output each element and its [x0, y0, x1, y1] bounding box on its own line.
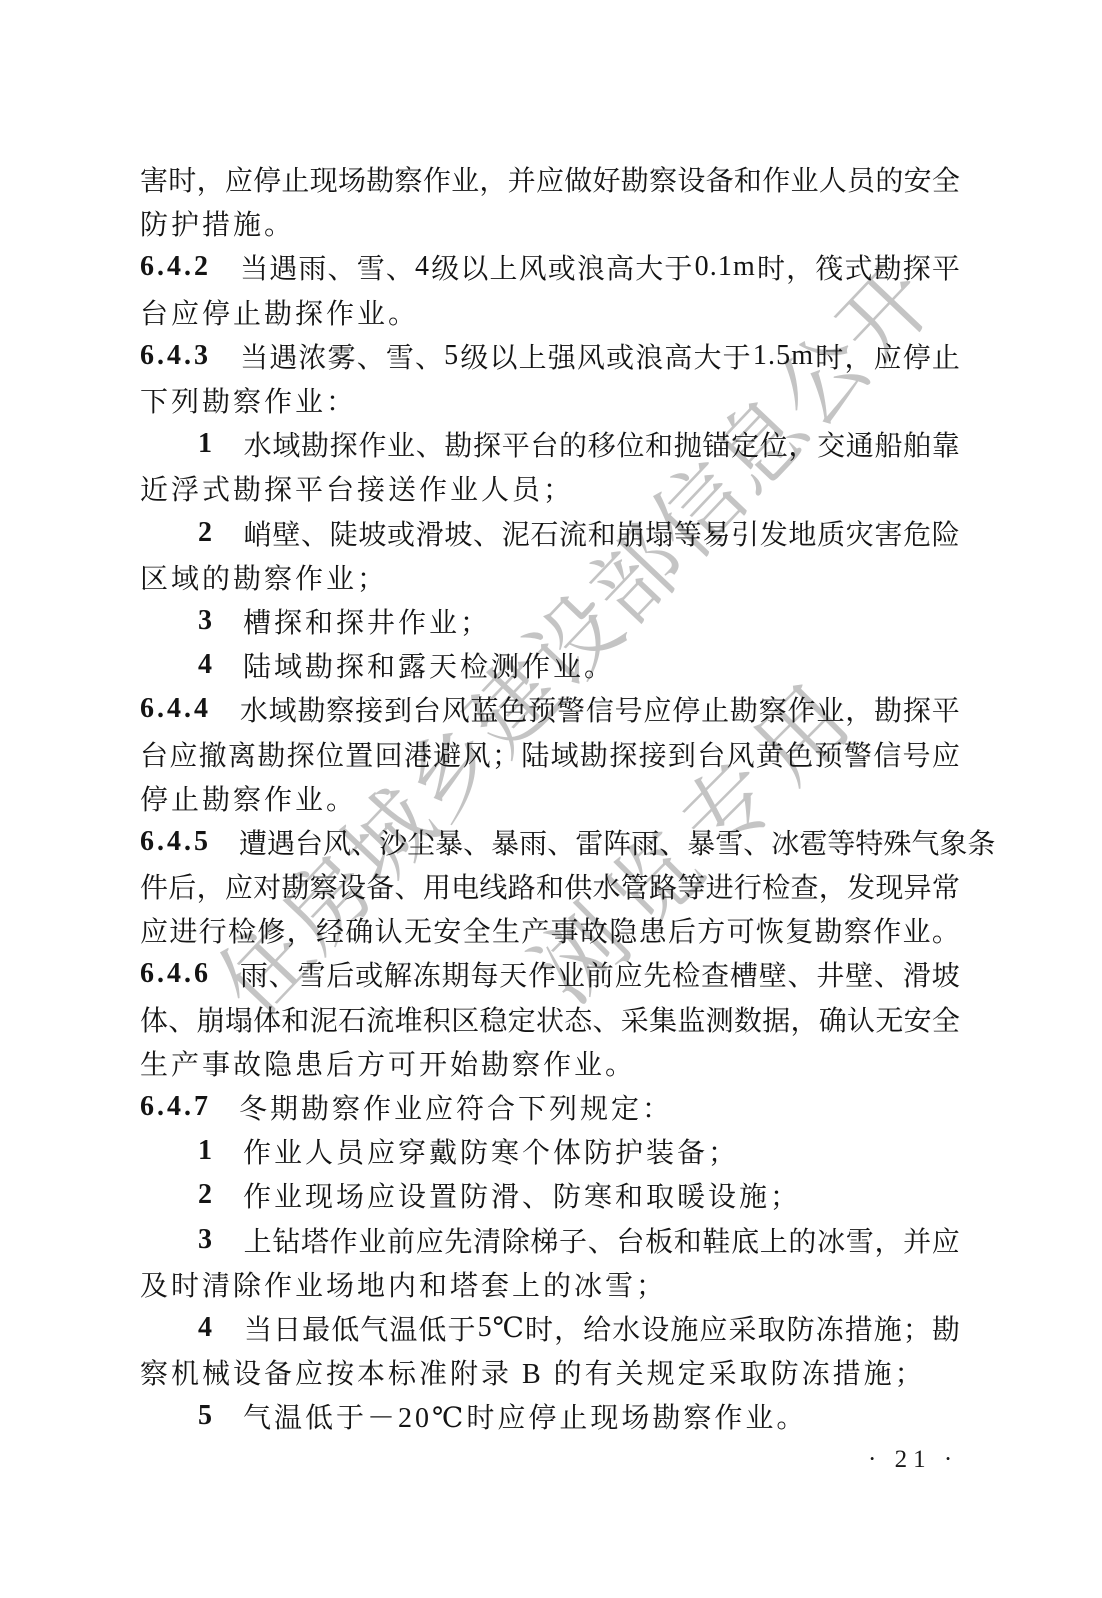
- text-line: 害时，应停止现场勘察作业，并应做好勘察设备和作业人员的安全: [140, 157, 960, 201]
- text-line: 生产事故隐患后方可开始勘察作业。: [140, 1041, 960, 1085]
- clause-number: 1: [198, 428, 215, 460]
- clause-number: 6.4.6: [140, 958, 211, 990]
- clause-number: 2: [198, 1179, 215, 1211]
- text-line: 下列勘察作业：: [140, 378, 960, 422]
- document-page: 住房城乡建设部信息公开 浏览专用 害时，应停止现场勘察作业，并应做好勘察设备和作…: [0, 0, 1102, 1598]
- clause-line: 6.4.7冬期勘察作业应符合下列规定：: [140, 1085, 960, 1129]
- text-line: 台应撤离勘探位置回港避风；陆域勘探接到台风黄色预警信号应: [140, 731, 960, 775]
- subitem-line: 3上钻塔作业前应先清除梯子、台板和鞋底上的冰雪，并应: [140, 1218, 960, 1262]
- text-line: 应进行检修，经确认无安全生产事故隐患后方可恢复勘察作业。: [140, 908, 960, 952]
- clause-number: 5: [198, 1400, 215, 1432]
- clause-number: 6.4.4: [140, 693, 211, 725]
- line-text: 防护措施。: [140, 203, 295, 243]
- clause-number: 2: [198, 517, 215, 549]
- text-line: 察机械设备应按本标准附录 B 的有关规定采取防冻措施；: [140, 1350, 960, 1394]
- line-text: 生产事故隐患后方可开始勘察作业。: [140, 1043, 636, 1083]
- text-line: 区域的勘察作业；: [140, 555, 960, 599]
- clause-number: 4: [198, 1312, 215, 1344]
- clause-number: 3: [198, 605, 215, 637]
- clause-number: 3: [198, 1224, 215, 1256]
- subitem-line: 1作业人员应穿戴防寒个体防护装备；: [140, 1129, 960, 1173]
- line-text: 气温低于－20℃时应停止现场勘察作业。: [243, 1396, 807, 1436]
- subitem-line: 2峭壁、陡坡或滑坡、泥石流和崩塌等易引发地质灾害危险: [140, 511, 960, 555]
- text-line: 件后，应对勘察设备、用电线路和供水管路等进行检查，发现异常: [140, 864, 960, 908]
- line-text: 区域的勘察作业；: [140, 557, 388, 597]
- subitem-line: 1水域勘探作业、勘探平台的移位和抛锚定位，交通船舶靠: [140, 422, 960, 466]
- page-number: · 21 ·: [868, 1446, 958, 1474]
- line-text: 停止勘察作业。: [140, 778, 357, 818]
- clause-line: 6.4.4水域勘察接到台风蓝色预警信号应停止勘察作业，勘探平: [140, 687, 960, 731]
- clause-line: 6.4.5遭遇台风、沙尘暴、暴雨、雷阵雨、暴雪、冰雹等特殊气象条: [140, 820, 960, 864]
- subitem-line: 4陆域勘探和露天检测作业。: [140, 643, 960, 687]
- text-line: 台应停止勘探作业。: [140, 290, 960, 334]
- subitem-line: 4当日最低气温低于 5℃时，给水设施应采取防冻措施；勘: [140, 1306, 960, 1350]
- line-text: 陆域勘探和露天检测作业。: [243, 645, 615, 685]
- clause-line: 6.4.2当遇雨、雪、4 级以上风或浪高大于 0.1m 时，筏式勘探平: [140, 245, 960, 289]
- line-text: 及时清除作业场地内和塔套上的冰雪；: [140, 1264, 667, 1304]
- line-text: 下列勘察作业：: [140, 380, 357, 420]
- line-text: 作业人员应穿戴防寒个体防护装备；: [243, 1131, 739, 1171]
- clause-number: 6.4.2: [140, 251, 211, 283]
- line-text: 作业现场应设置防滑、防寒和取暖设施；: [243, 1175, 801, 1215]
- text-line: 防护措施。: [140, 201, 960, 245]
- subitem-line: 5气温低于－20℃时应停止现场勘察作业。: [140, 1394, 960, 1438]
- document-text-block: 害时，应停止现场勘察作业，并应做好勘察设备和作业人员的安全防护措施。6.4.2当…: [140, 157, 960, 1438]
- line-text: 察机械设备应按本标准附录 B 的有关规定采取防冻措施；: [140, 1352, 926, 1392]
- clause-line: 6.4.6雨、雪后或解冻期每天作业前应先检查槽壁、井壁、滑坡: [140, 952, 960, 996]
- clause-line: 6.4.3当遇浓雾、雪、5 级以上强风或浪高大于 1.5m 时，应停止: [140, 334, 960, 378]
- line-text: 槽探和探井作业；: [243, 601, 491, 641]
- text-line: 近浮式勘探平台接送作业人员；: [140, 466, 960, 510]
- clause-number: 6.4.7: [140, 1091, 211, 1123]
- clause-number: 4: [198, 649, 215, 681]
- line-text: 台应停止勘探作业。: [140, 292, 419, 332]
- text-line: 体、崩塌体和泥石流堆积区稳定状态、采集监测数据，确认无安全: [140, 997, 960, 1041]
- subitem-line: 2作业现场应设置防滑、防寒和取暖设施；: [140, 1173, 960, 1217]
- text-line: 停止勘察作业。: [140, 776, 960, 820]
- clause-number: 6.4.5: [140, 826, 211, 858]
- line-text: 近浮式勘探平台接送作业人员；: [140, 468, 574, 508]
- text-line: 及时清除作业场地内和塔套上的冰雪；: [140, 1262, 960, 1306]
- subitem-line: 3槽探和探井作业；: [140, 599, 960, 643]
- clause-number: 6.4.3: [140, 340, 211, 372]
- clause-number: 1: [198, 1135, 215, 1167]
- line-text: 冬期勘察作业应符合下列规定：: [239, 1087, 673, 1127]
